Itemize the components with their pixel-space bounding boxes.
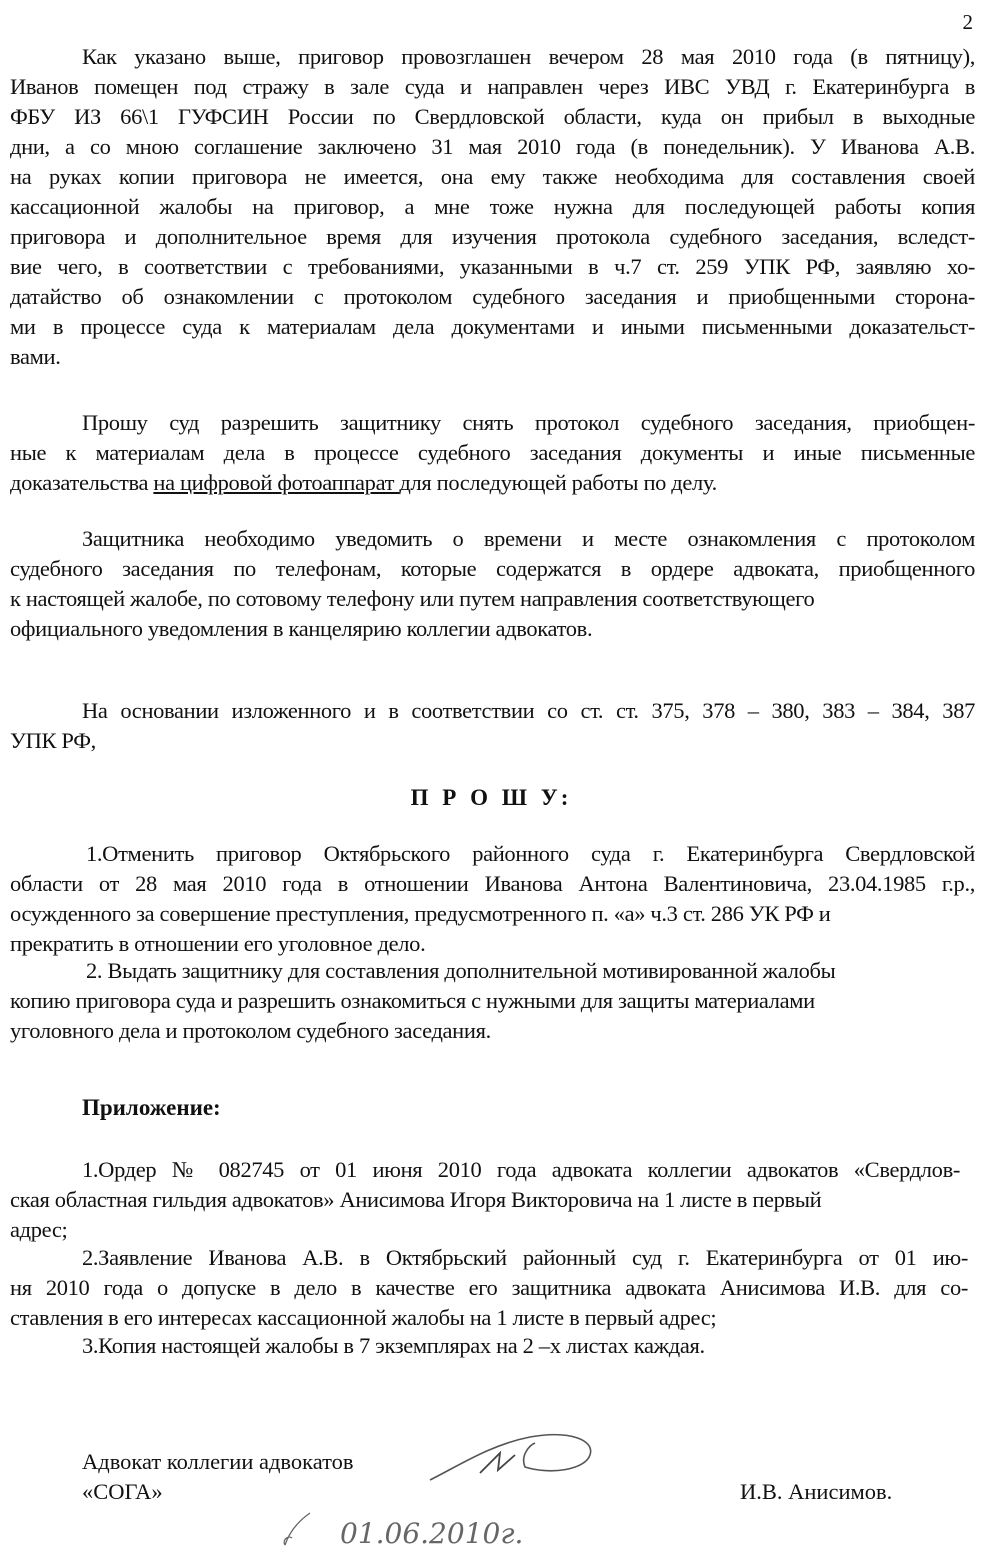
text-line: кассационной жалобы на приговор, а мне т… — [10, 192, 975, 222]
text-line: Защитника необходимо уведомить о времени… — [82, 524, 975, 554]
handwritten-date-icon: 01.06.2010г. — [270, 1505, 610, 1553]
text-line: Иванов помещен под стражу в зале суда и … — [10, 72, 975, 102]
request-item: уголовного дела и протоколом судебного з… — [10, 1016, 975, 1046]
signatory-position: Адвокат коллегии адвокатов — [82, 1447, 354, 1477]
text-line: ФБУ ИЗ 66\1 ГУФСИН России по Свердловско… — [10, 102, 975, 132]
text-line: на руках копии приговора не имеется, она… — [10, 162, 975, 192]
attachment-item: 1.Ордер № 082745 от 01 июня 2010 года ад… — [82, 1155, 960, 1185]
text-line: УПК РФ, — [10, 726, 975, 756]
handwritten-signature-icon — [420, 1425, 600, 1495]
text-line: дни, а со мною соглашение заключено 31 м… — [10, 132, 975, 162]
text-line: ми в процессе суда к материалам дела док… — [10, 312, 975, 342]
text-line: приговора и дополнительное время для изу… — [10, 222, 975, 252]
text-line: вами. — [10, 342, 975, 372]
text-line: Как указано выше, приговор провозглашен … — [82, 42, 975, 72]
text-line: вие чего, в соответствии с требованиями,… — [10, 252, 975, 282]
text-line: официального уведомления в канцелярию ко… — [10, 614, 975, 644]
text-line: Прошу суд разрешить защитнику снять прот… — [82, 408, 975, 438]
attachment-item: ская областная гильдия адвокатов» Анисим… — [10, 1185, 960, 1215]
attachments-heading: Приложение: — [82, 1095, 221, 1121]
signatory-name: И.В. Анисимов. — [740, 1477, 892, 1507]
text-line: На основании изложенного и в соответстви… — [82, 696, 975, 726]
page-number: 2 — [963, 10, 974, 35]
text-line: датайство об ознакомлении с протоколом с… — [10, 282, 975, 312]
request-heading: П Р О Ш У: — [0, 785, 983, 811]
attachment-item: 2.Заявление Иванова А.В. в Октябрьский р… — [82, 1243, 968, 1273]
text-span: доказательства — [10, 470, 153, 495]
request-item: 1.Отменить приговор Октябрьского районно… — [86, 839, 975, 869]
attachment-item: адрес; — [10, 1215, 975, 1245]
underlined-text: на цифровой фотоаппарат — [153, 470, 399, 495]
signatory-organization: «СОГА» — [82, 1477, 163, 1507]
request-item: 2. Выдать защитнику для составления допо… — [86, 956, 946, 986]
text-line: судебного заседания по телефонам, которы… — [10, 554, 975, 584]
attachment-item: ставления в его интересах кассационной ж… — [10, 1303, 975, 1333]
request-item: осужденного за совершение преступления, … — [10, 899, 960, 929]
request-item: копию приговора суда и разрешить ознаком… — [10, 986, 945, 1016]
text-span: для последующей работы по делу. — [399, 470, 716, 495]
svg-text:01.06.2010г.: 01.06.2010г. — [340, 1517, 523, 1550]
text-line: доказательства на цифровой фотоаппарат д… — [10, 468, 975, 498]
request-item: области от 28 мая 2010 года в отношении … — [10, 869, 975, 899]
request-item: прекратить в отношении его уголовное дел… — [10, 929, 975, 959]
text-line: к настоящей жалобе, по сотовому телефону… — [10, 584, 960, 614]
attachment-item: ня 2010 года о допуске в дело в качестве… — [10, 1273, 968, 1303]
attachment-item: 3.Копия настоящей жалобы в 7 экземплярах… — [82, 1331, 975, 1361]
text-line: ные к материалам дела в процессе судебно… — [10, 438, 975, 468]
